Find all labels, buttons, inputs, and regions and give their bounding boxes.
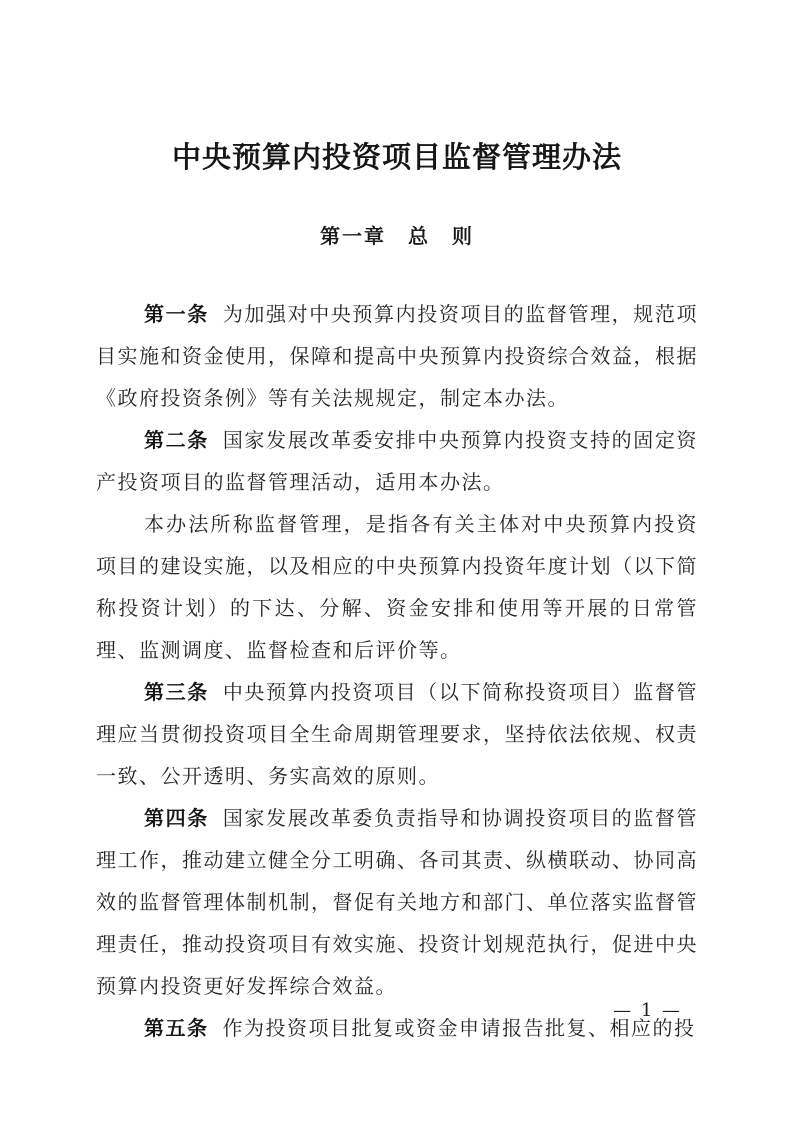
document-body: 第一条为加强对中央预算内投资项目的监督管理，规范项目实施和资金使用，保障和提高中… xyxy=(96,293,698,1049)
article-label: 第四条 xyxy=(144,806,209,830)
chapter-heading: 第一章 总 则 xyxy=(96,222,698,250)
body-paragraph: 第一条为加强对中央预算内投资项目的监督管理，规范项目实施和资金使用，保障和提高中… xyxy=(96,293,698,419)
body-paragraph: 本办法所称监督管理，是指各有关主体对中央预算内投资项目的建设实施，以及相应的中央… xyxy=(96,503,698,671)
body-paragraph: 第三条中央预算内投资项目（以下简称投资项目）监督管理应当贯彻投资项目全生命周期管… xyxy=(96,671,698,797)
article-text: 国家发展改革委负责指导和协调投资项目的监督管理工作，推动建立健全分工明确、各司其… xyxy=(96,806,698,998)
article-label: 第三条 xyxy=(144,680,209,704)
page-number: — 1 — xyxy=(613,1000,682,1021)
body-paragraph: 第五条作为投资项目批复或资金申请报告批复、相应的投 xyxy=(96,1007,698,1049)
article-text: 本办法所称监督管理，是指各有关主体对中央预算内投资项目的建设实施，以及相应的中央… xyxy=(96,512,698,662)
body-paragraph: 第二条国家发展改革委安排中央预算内投资支持的固定资产投资项目的监督管理活动，适用… xyxy=(96,419,698,503)
article-label: 第二条 xyxy=(144,428,209,452)
article-label: 第一条 xyxy=(144,302,209,326)
article-label: 第五条 xyxy=(144,1016,209,1040)
document-title: 中央预算内投资项目监督管理办法 xyxy=(96,0,698,176)
body-paragraph: 第四条国家发展改革委负责指导和协调投资项目的监督管理工作，推动建立健全分工明确、… xyxy=(96,797,698,1007)
document-page: 中央预算内投资项目监督管理办法 第一章 总 则 第一条为加强对中央预算内投资项目… xyxy=(0,0,794,1123)
